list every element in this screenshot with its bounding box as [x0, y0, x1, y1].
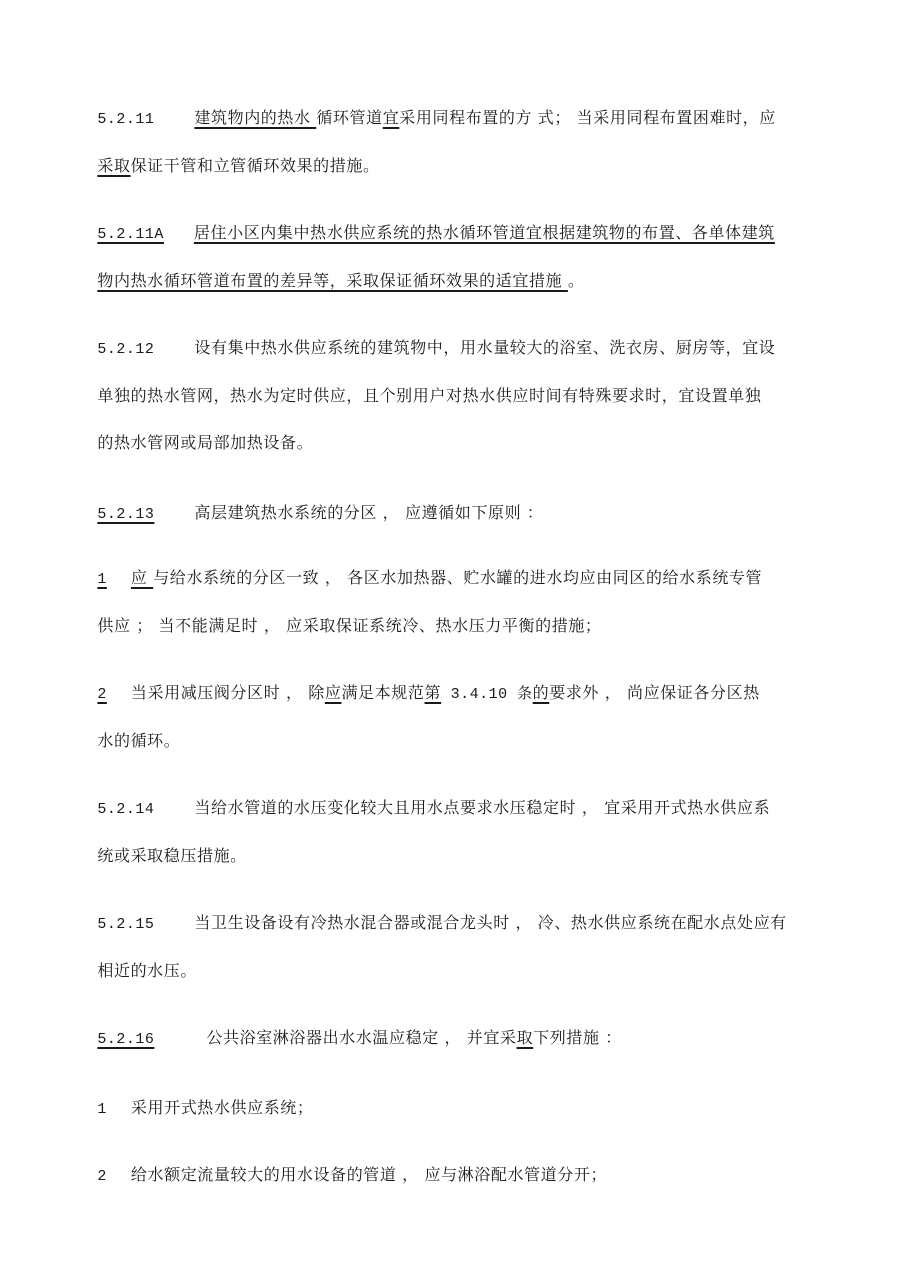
clause-number: 5.2.15	[97, 916, 154, 933]
clause-5-2-14-line-2: 统或采取稳压措施。	[86, 826, 247, 866]
clause-text: 采用同程布置的方 式； 当采用同程布置困难时，应	[399, 108, 776, 127]
clause-text: 相近的水压。	[97, 961, 197, 980]
clause-text: 要求外 ， 尚应保证各分区热	[549, 683, 760, 702]
clause-text: 水的循环。	[97, 731, 180, 750]
clause-5-2-12-line-3: 的热水管网或局部加热设备。	[86, 413, 313, 453]
underlined-text: 采取	[97, 156, 130, 175]
clause-text: 给水额定流量较大的用水设备的管道 ， 应与淋浴配水管道分开；	[131, 1165, 607, 1184]
clause-number: 5.2.11	[97, 111, 154, 128]
clause-5-2-12-line-1: 5.2.12设有集中热水供应系统的建筑物中，用水量较大的浴室、洗衣房、厨房等，宜…	[86, 318, 775, 360]
clause-number: 5.2.11A	[97, 226, 164, 243]
underlined-text: 的	[533, 683, 550, 702]
underlined-text: 建筑物内的热水	[194, 108, 316, 127]
clause-number: 5.2.13	[97, 506, 154, 523]
clause-5-2-14-line-1: 5.2.14当给水管道的水压变化较大且用水点要求水压稳定时 ， 宜采用开式热水供…	[86, 778, 770, 820]
clause-number: 5.2.12	[97, 341, 154, 358]
clause-text: 的热水管网或局部加热设备。	[97, 433, 313, 452]
clause-5-2-15-line-2: 相近的水压。	[86, 941, 197, 981]
clause-5-2-13-item-2-line-1: 2当采用减压阀分区时 ， 除应满足本规范第 3.4.10 条的要求外 ， 尚应保…	[86, 663, 760, 705]
clause-5-2-13-item-1-line-2: 供应 ； 当不能满足时 ， 应采取保证系统冷、热水压力平衡的措施；	[86, 596, 602, 636]
clause-5-2-11-line-2: 采取保证干管和立管循环效果的措施。	[86, 136, 380, 176]
clause-5-2-16-item-1: 1采用开式热水供应系统；	[86, 1078, 314, 1120]
item-number: 2	[97, 1168, 107, 1185]
clause-text: 循环管道	[316, 108, 382, 127]
clause-5-2-11a-line-2: 物内热水循环管道布置的差异等，采取保证循环效果的适宜措施 。	[86, 251, 584, 291]
clause-number: 5.2.16	[97, 1031, 154, 1048]
clause-5-2-13-line-1: 5.2.13高层建筑热水系统的分区 ， 应遵循如下原则 ：	[86, 483, 543, 525]
clause-5-2-13-item-2-line-2: 水的循环。	[86, 711, 180, 751]
underlined-text: 物内热水循环管道布置的差异等，采取保证循环效果的适宜措施	[97, 271, 568, 290]
clause-text: 采用开式热水供应系统；	[131, 1098, 314, 1117]
clause-text: 统或采取稳压措施。	[97, 846, 246, 865]
clause-text: 供应 ； 当不能满足时 ， 应采取保证系统冷、热水压力平衡的措施；	[97, 616, 601, 635]
clause-5-2-15-line-1: 5.2.15当卫生设备设有冷热水混合器或混合龙头时 ， 冷、热水供应系统在配水点…	[86, 893, 787, 935]
clause-text: 当卫生设备设有冷热水混合器或混合龙头时 ， 冷、热水供应系统在配水点处应有	[194, 913, 786, 932]
underlined-text: 应	[325, 683, 342, 702]
clause-text: 满足本规范	[341, 683, 424, 702]
item-number: 1	[97, 1101, 107, 1118]
clause-text: 与给水系统的分区一致 ， 各区水加热器、贮水罐的进水均应由同区的给水系统专管	[153, 568, 762, 587]
clause-text: 下列措施 ：	[533, 1028, 622, 1047]
clause-text: 高层建筑热水系统的分区 ， 应遵循如下原则 ：	[194, 503, 543, 522]
clause-text: 居住小区内集中热水供应系统的热水循环管道宜根据建筑物的布置、各单体建筑	[194, 223, 775, 242]
item-number: 1	[97, 571, 107, 588]
clause-text: 。	[568, 271, 585, 290]
clause-text: 保证干管和立管循环效果的措施。	[131, 156, 380, 175]
clause-5-2-13-item-1-line-1: 1应 与给水系统的分区一致 ， 各区水加热器、贮水罐的进水均应由同区的给水系统专…	[86, 548, 762, 590]
clause-number: 5.2.14	[97, 801, 154, 818]
clause-text: 当采用减压阀分区时 ， 除	[131, 683, 325, 702]
clause-text: 当给水管道的水压变化较大且用水点要求水压稳定时 ， 宜采用开式热水供应系	[194, 798, 770, 817]
clause-5-2-11-line-1: 5.2.11建筑物内的热水 循环管道宜采用同程布置的方 式； 当采用同程布置困难…	[86, 88, 776, 130]
clause-reference: 3.4.10 条	[441, 686, 533, 703]
clause-text: 单独的热水管网，热水为定时供应，且个别用户对热水供应时间有特殊要求时，宜设置单独	[97, 386, 761, 405]
clause-5-2-11a-line-1: 5.2.11A居住小区内集中热水供应系统的热水循环管道宜根据建筑物的布置、各单体…	[86, 203, 775, 245]
item-number: 2	[97, 686, 107, 703]
underlined-text: 宜	[383, 108, 400, 127]
clause-5-2-16-line-1: 5.2.16公共浴室淋浴器出水水温应稳定 ， 并宜采取下列措施 ：	[86, 1008, 622, 1050]
underlined-text: 第	[425, 683, 442, 702]
clause-text: 设有集中热水供应系统的建筑物中，用水量较大的浴室、洗衣房、厨房等，宜设	[194, 338, 775, 357]
underlined-text: 应	[131, 568, 153, 587]
clause-5-2-16-item-2: 2给水额定流量较大的用水设备的管道 ， 应与淋浴配水管道分开；	[86, 1145, 607, 1187]
clause-text: 公共浴室淋浴器出水水温应稳定 ， 并宜采	[206, 1028, 516, 1047]
underlined-text: 取	[517, 1028, 534, 1047]
clause-5-2-12-line-2: 单独的热水管网，热水为定时供应，且个别用户对热水供应时间有特殊要求时，宜设置单独	[86, 366, 761, 406]
